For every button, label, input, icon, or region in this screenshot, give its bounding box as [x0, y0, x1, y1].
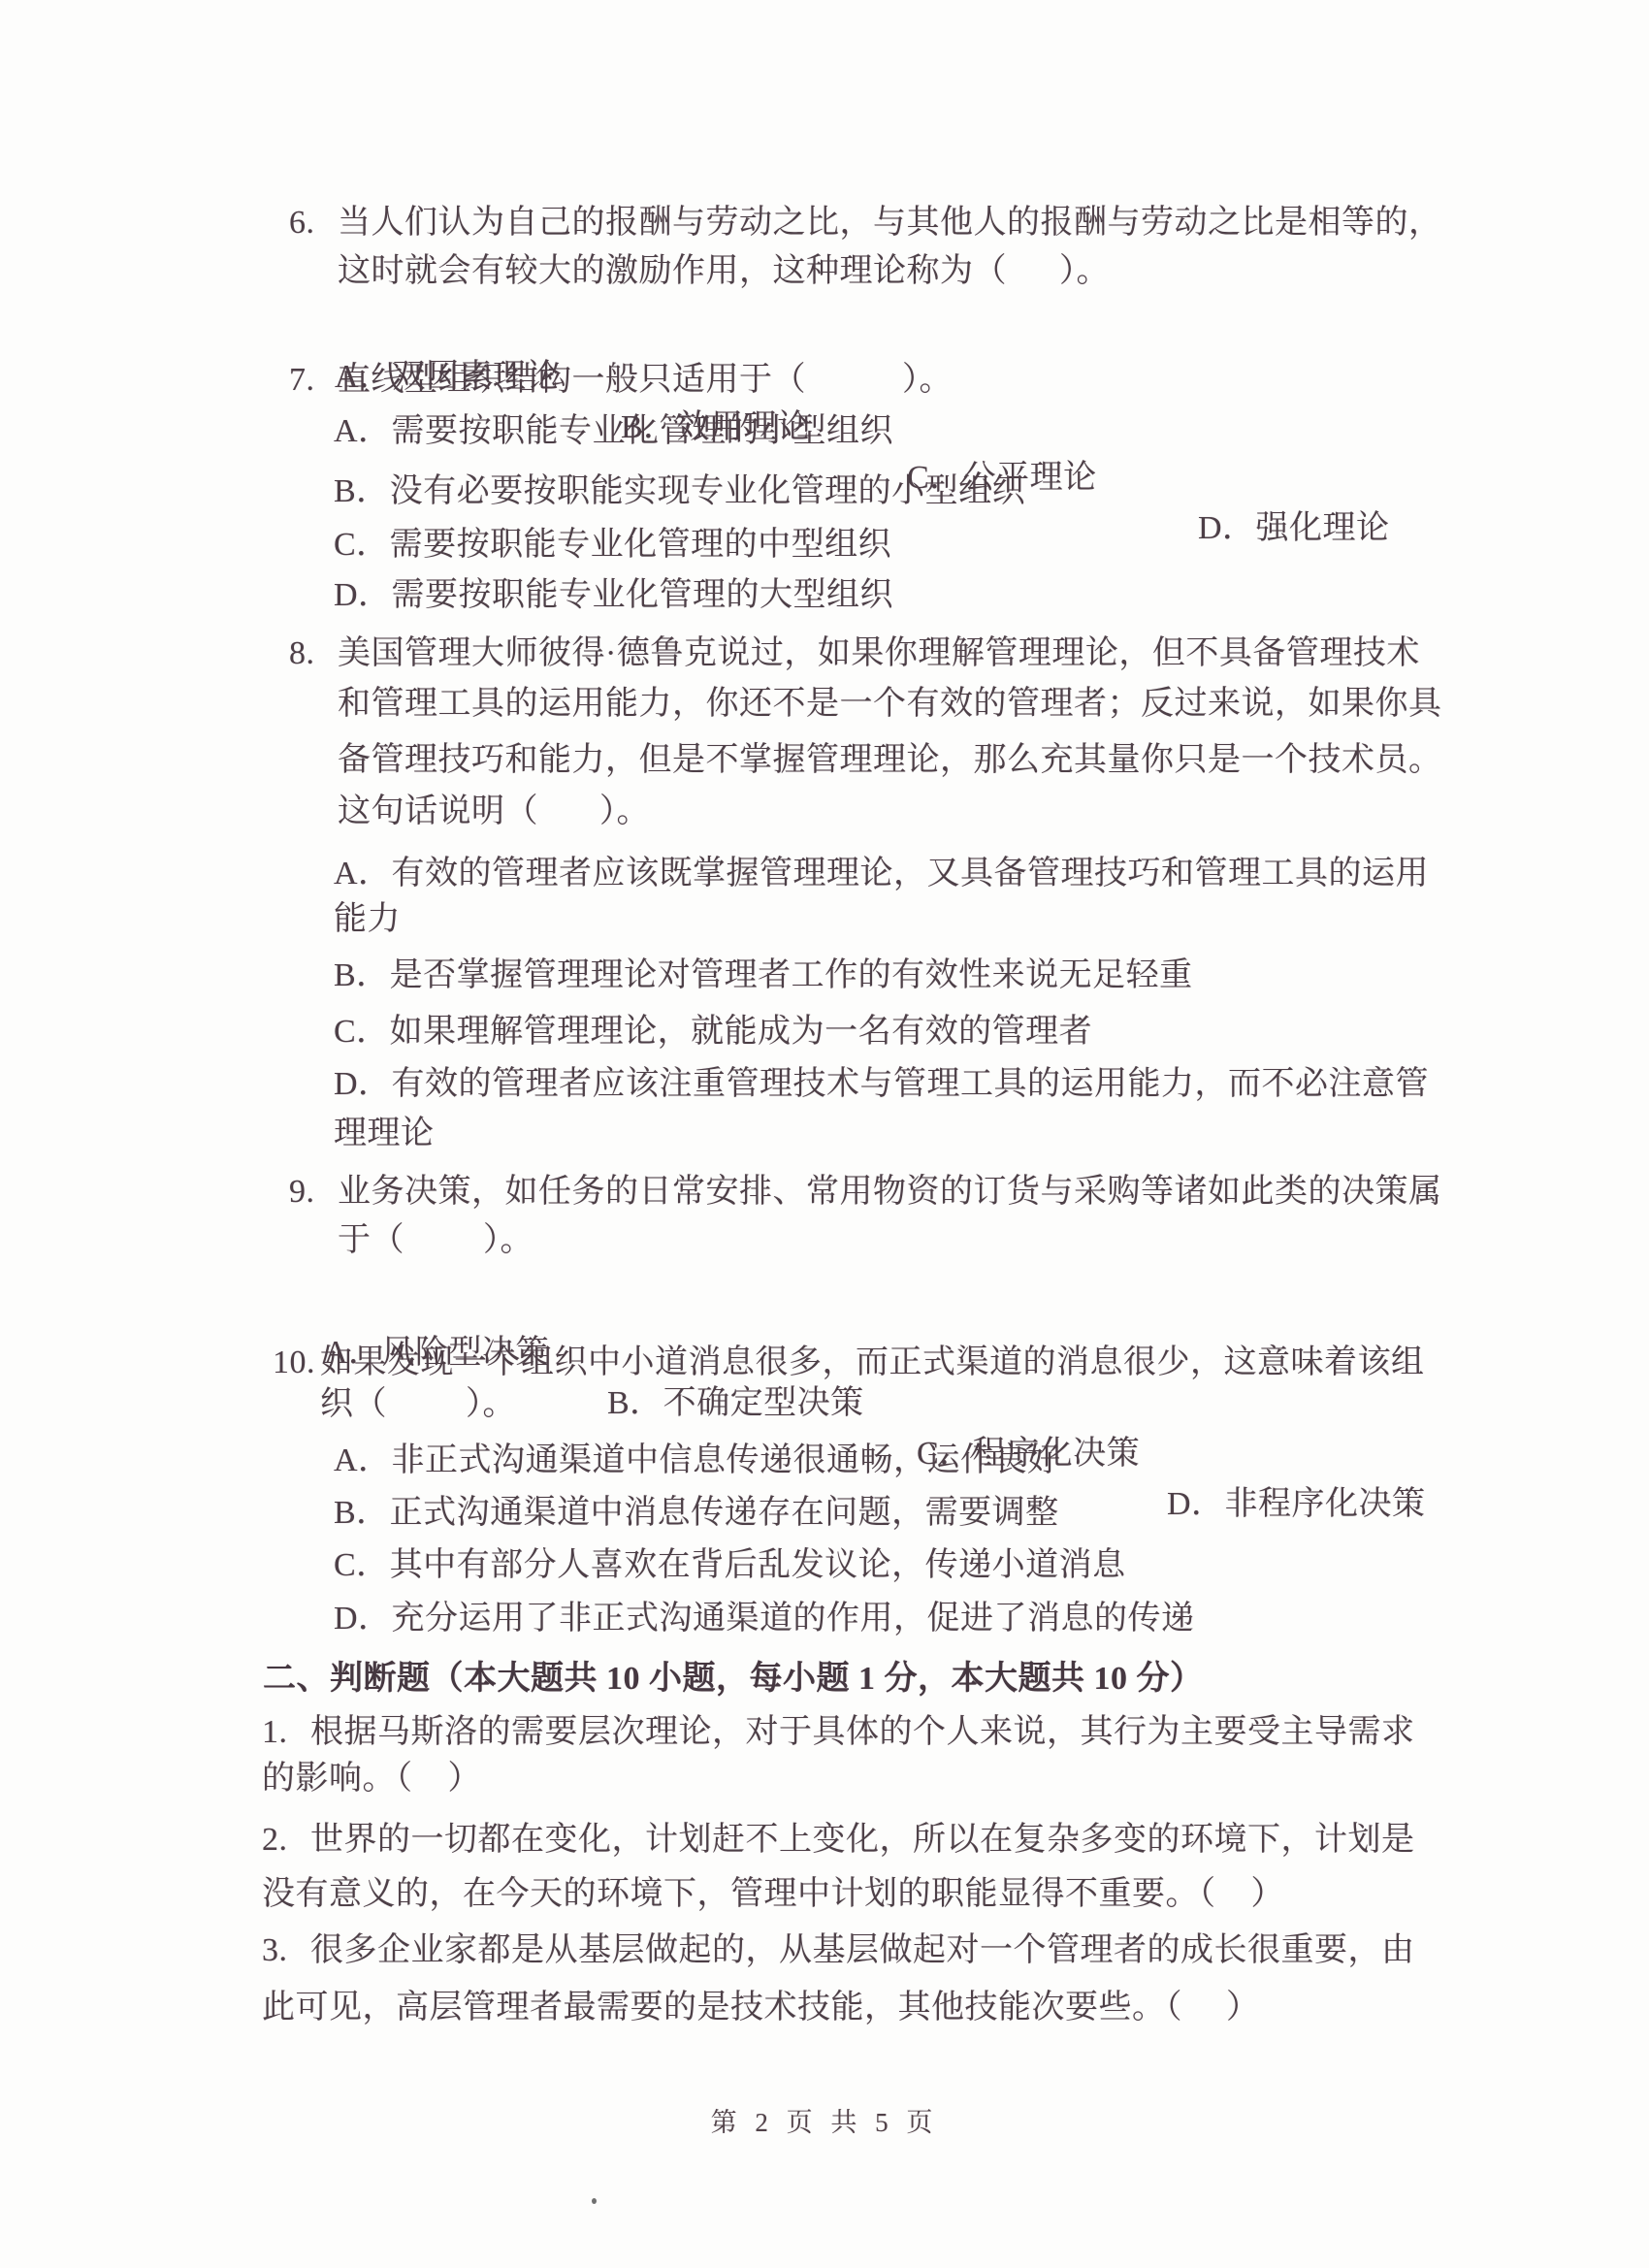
question-9-line-2: 于（ ）。: [338, 1215, 533, 1266]
section-2-label: 二、: [263, 1661, 330, 1697]
question-10-option-c: C．其中有部分人喜欢在背后乱发议论，传递小道消息: [334, 1540, 1126, 1591]
question-7-option-c: C．需要按职能专业化管理的中型组织: [334, 520, 891, 570]
question-10-option-a: A．非正式沟通渠道中信息传递很通畅，运作良好: [334, 1436, 1061, 1486]
judge-item-3-text: 很多企业家都是从基层做起的，从基层做起对一个管理者的成长很重要，由: [310, 1932, 1415, 1968]
question-10-option-b: B．正式沟通渠道中消息传递存在问题，需要调整: [334, 1488, 1059, 1539]
judge-item-3-line-2: 此可见，高层管理者最需要的是技术技能，其他技能次要些。（ ）: [262, 1983, 1260, 2033]
question-8-number: 8.: [289, 629, 338, 679]
question-6-number: 6.: [289, 198, 338, 248]
question-8-line-2: 和管理工具的运用能力，你还不是一个有效的管理者；反过来说，如果你具: [338, 679, 1442, 729]
judge-item-2-text: 世界的一切都在变化，计划赶不上变化，所以在复杂多变的环境下，计划是: [310, 1822, 1415, 1858]
question-6-option-d: D．强化理论: [1198, 503, 1390, 554]
judge-item-3-line-1: 3.很多企业家都是从基层做起的，从基层做起对一个管理者的成长很重要，由: [262, 1926, 1415, 1976]
question-9-text: 业务决策，如任务的日常安排、常用物资的订货与采购等诸如此类的决策属: [338, 1174, 1442, 1210]
judge-item-1-number: 1.: [262, 1707, 310, 1758]
judge-item-3-number: 3.: [262, 1926, 310, 1976]
section-2-heading: 二、判断题（本大题共 10 小题，每小题 1 分，本大题共 10 分）: [263, 1654, 1204, 1704]
question-8-option-d-line-2: 理理论: [334, 1109, 435, 1159]
question-6-line-2: 这时就会有较大的激励作用，这种理论称为（ ）。: [338, 246, 1110, 297]
question-9-option-d: D．非程序化决策: [1167, 1479, 1426, 1530]
question-7-option-a: A．需要按职能专业化管理的小型组织: [334, 406, 893, 457]
judge-item-1-text: 根据马斯洛的需要层次理论，对于具体的个人来说，其行为主要受主导需求: [310, 1714, 1415, 1750]
judge-item-2-line-1: 2.世界的一切都在变化，计划赶不上变化，所以在复杂多变的环境下，计划是: [262, 1815, 1415, 1865]
question-6-text: 当人们认为自己的报酬与劳动之比，与其他人的报酬与劳动之比是相等的，: [338, 205, 1442, 241]
page-number-footer: 第 2 页 共 5 页: [0, 2103, 1649, 2142]
judge-item-1-line-1: 1.根据马斯洛的需要层次理论，对于具体的个人来说，其行为主要受主导需求: [262, 1707, 1415, 1758]
question-6-line-1: 6.当人们认为自己的报酬与劳动之比，与其他人的报酬与劳动之比是相等的，: [289, 198, 1442, 248]
question-10-line-2: 织（ ）。: [320, 1379, 516, 1430]
question-10-number: 10.: [273, 1338, 320, 1388]
exam-scan-page: 6.当人们认为自己的报酬与劳动之比，与其他人的报酬与劳动之比是相等的， 这时就会…: [0, 0, 1649, 2268]
question-8-option-a-line-1: A．有效的管理者应该既掌握管理理论，又具备管理技巧和管理工具的运用: [334, 849, 1429, 899]
question-9-line-1: 9.业务决策，如任务的日常安排、常用物资的订货与采购等诸如此类的决策属: [289, 1167, 1442, 1217]
scan-speck-artifact: [592, 2198, 597, 2204]
judge-item-1-line-2: 的影响。（ ）: [262, 1754, 481, 1804]
question-10-text: 如果发现一个组织中小道消息很多，而正式渠道的消息很少，这意味着该组: [320, 1345, 1425, 1380]
question-8-option-d-line-1: D．有效的管理者应该注重管理技术与管理工具的运用能力，而不必注意管: [334, 1059, 1429, 1110]
question-10-option-d: D．充分运用了非正式沟通渠道的作用，促进了消息的传递: [334, 1594, 1195, 1644]
question-7-option-d: D．需要按职能专业化管理的大型组织: [334, 570, 893, 621]
question-7-option-b: B．没有必要按职能实现专业化管理的小型组织: [334, 467, 1025, 517]
question-8-option-b: B．是否掌握管理理论对管理者工作的有效性来说无足轻重: [334, 951, 1193, 1001]
judge-item-2-number: 2.: [262, 1815, 310, 1865]
question-8-line-1: 8.美国管理大师彼得·德鲁克说过，如果你理解管理理论，但不具备管理技术: [289, 629, 1420, 679]
section-2-title: 判断题（本大题共 10 小题，每小题 1 分，本大题共 10 分）: [330, 1661, 1204, 1697]
question-8-line-3: 备管理技巧和能力，但是不掌握管理理论，那么充其量你只是一个技术员。: [338, 735, 1442, 786]
question-7-number: 7.: [289, 355, 338, 405]
question-9-number: 9.: [289, 1167, 338, 1217]
question-8-text: 美国管理大师彼得·德鲁克说过，如果你理解管理理论，但不具备管理技术: [338, 635, 1420, 671]
judge-item-2-line-2: 没有意义的，在今天的环境下，管理中计划的职能显得不重要。（ ）: [262, 1869, 1284, 1920]
question-7-line-1: 7.直线型组织结构一般只适用于（ ）。: [289, 355, 953, 405]
question-8-option-a-line-2: 能力: [334, 894, 401, 945]
question-7-text: 直线型组织结构一般只适用于（ ）。: [338, 362, 953, 398]
question-8-option-c: C．如果理解管理理论，就能成为一名有效的管理者: [334, 1007, 1092, 1057]
question-8-line-4: 这句话说明（ ）。: [338, 787, 650, 837]
